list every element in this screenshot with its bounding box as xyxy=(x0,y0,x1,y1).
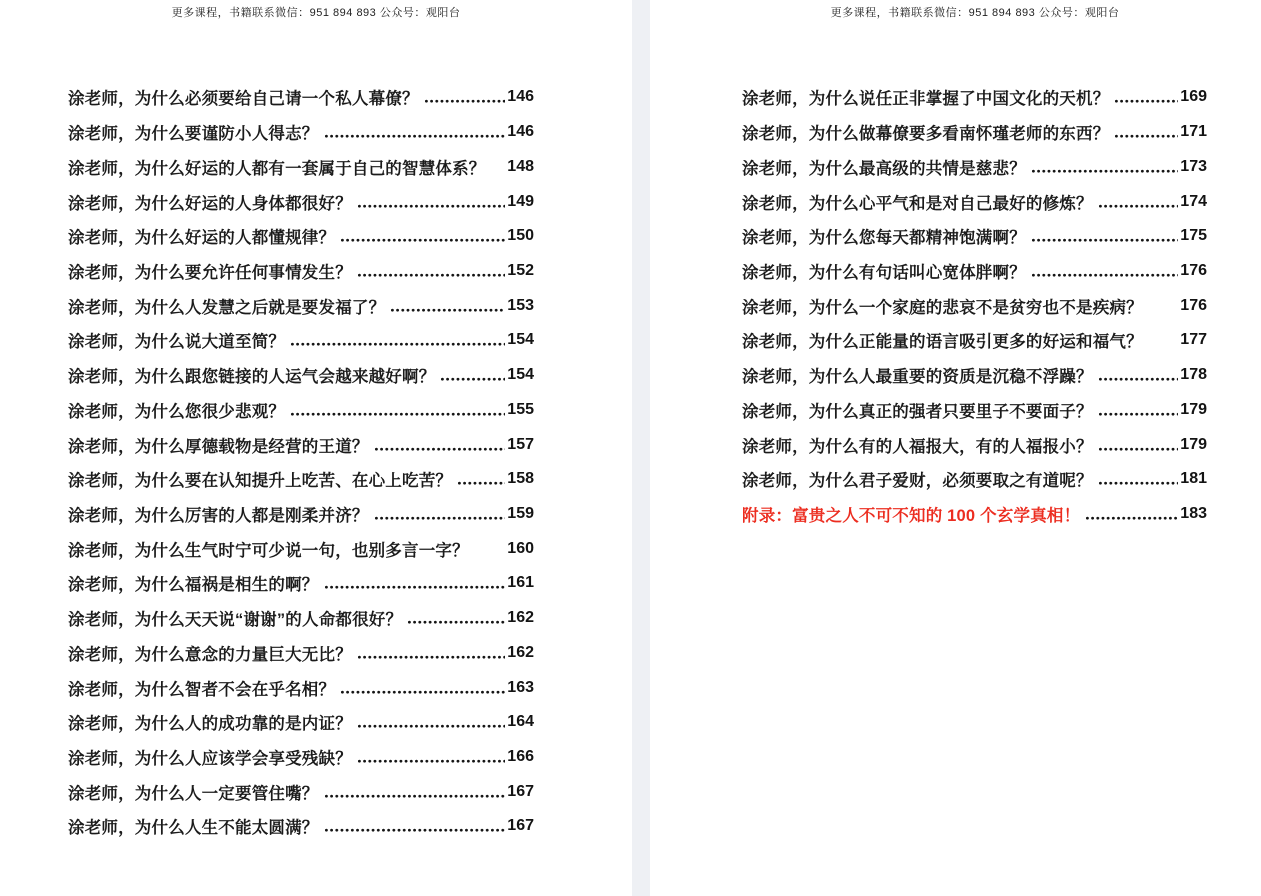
toc-entry-page: 167 xyxy=(507,783,534,801)
toc-entry-title: 涂老师，为什么说任正非掌握了中国文化的天机？ xyxy=(742,85,1109,109)
toc-list-left: 涂老师，为什么必须要给自己请一个私人幕僚？ 146 涂老师，为什么要谨防小人得志… xyxy=(68,80,534,844)
dot-leader xyxy=(358,655,505,661)
dot-leader xyxy=(1086,516,1178,522)
dot-leader xyxy=(375,447,506,453)
page-header-right: 更多课程，书籍联系微信：951 894 893 公众号：观阳台 xyxy=(650,6,1261,21)
toc-entry[interactable]: 涂老师，为什么有句话叫心宽体胖啊？ 176 xyxy=(742,254,1207,289)
toc-entry[interactable]: 涂老师，为什么人最重要的资质是沉稳不浮躁？ 178 xyxy=(742,358,1207,393)
toc-entry[interactable]: 涂老师，为什么好运的人都懂规律？ 150 xyxy=(68,219,534,254)
toc-entry-page: 169 xyxy=(1180,88,1207,106)
page-right: 更多课程，书籍联系微信：951 894 893 公众号：观阳台 涂老师，为什么说… xyxy=(650,0,1261,896)
toc-entry-title: 涂老师，为什么人最重要的资质是沉稳不浮躁？ xyxy=(742,363,1093,387)
toc-entry-title: 涂老师，为什么人的成功靠的是内证？ xyxy=(68,710,352,734)
toc-entry[interactable]: 涂老师，为什么智者不会在乎名相？ 163 xyxy=(68,670,534,705)
toc-entry[interactable]: 涂老师，为什么做幕僚要多看南怀瑾老师的东西？ 171 xyxy=(742,115,1207,150)
toc-entry-page: 173 xyxy=(1180,158,1207,176)
dot-leader xyxy=(341,238,505,244)
toc-entry-page: 154 xyxy=(507,331,534,349)
toc-entry[interactable]: 涂老师，为什么好运的人身体都很好？ 149 xyxy=(68,184,534,219)
page-left: 更多课程，书籍联系微信：951 894 893 公众号：观阳台 涂老师，为什么必… xyxy=(0,0,632,896)
toc-entry-title: 涂老师，为什么要谨防小人得志？ xyxy=(68,120,319,144)
toc-entry-title: 涂老师，为什么要在认知提升上吃苦、在心上吃苦？ xyxy=(68,467,452,491)
dot-leader xyxy=(1149,342,1178,348)
toc-entry[interactable]: 涂老师，为什么要在认知提升上吃苦、在心上吃苦？ 158 xyxy=(68,462,534,497)
toc-entry-page: 162 xyxy=(507,609,534,627)
dot-leader xyxy=(441,377,505,383)
toc-entry-title: 涂老师，为什么好运的人都懂规律？ xyxy=(68,224,335,248)
page-header-left: 更多课程，书籍联系微信：951 894 893 公众号：观阳台 xyxy=(0,6,632,21)
toc-entry[interactable]: 涂老师，为什么人生不能太圆满？ 167 xyxy=(68,809,534,844)
toc-entry[interactable]: 涂老师，为什么人一定要管住嘴？ 167 xyxy=(68,774,534,809)
toc-entry-title: 涂老师，为什么要允许任何事情发生？ xyxy=(68,259,352,283)
page-gutter xyxy=(632,0,650,896)
dot-leader xyxy=(492,169,506,175)
toc-entry[interactable]: 涂老师，为什么好运的人都有一套属于自己的智慧体系？ 148 xyxy=(68,149,534,184)
toc-entry[interactable]: 涂老师，为什么您每天都精神饱满啊？ 175 xyxy=(742,219,1207,254)
toc-entry-page: 164 xyxy=(507,713,534,731)
toc-entry-page: 154 xyxy=(507,366,534,384)
toc-entry[interactable]: 涂老师，为什么天天说“谢谢”的人命都很好？ 162 xyxy=(68,601,534,636)
toc-entry-page: 183 xyxy=(1180,505,1207,523)
toc-entry-page: 181 xyxy=(1180,470,1207,488)
dot-leader xyxy=(325,134,506,140)
toc-entry[interactable]: 涂老师，为什么最高级的共情是慈悲？ 173 xyxy=(742,149,1207,184)
toc-entry-title: 涂老师，为什么厉害的人都是刚柔并济？ xyxy=(68,502,369,526)
dot-leader xyxy=(325,828,506,834)
toc-entry-title: 涂老师，为什么真正的强者只要里子不要面子？ xyxy=(742,398,1093,422)
toc-entry[interactable]: 涂老师，为什么正能量的语言吸引更多的好运和福气？ 177 xyxy=(742,323,1207,358)
dot-leader xyxy=(1099,447,1179,453)
toc-entry-title: 附录：富贵之人不可不知的 100 个玄学真相！ xyxy=(742,502,1080,526)
dot-leader xyxy=(1149,308,1178,314)
toc-entry[interactable]: 涂老师，为什么要谨防小人得志？ 146 xyxy=(68,115,534,150)
toc-entry-page: 148 xyxy=(507,158,534,176)
toc-entry[interactable]: 涂老师，为什么说大道至简？ 154 xyxy=(68,323,534,358)
toc-entry[interactable]: 涂老师，为什么生气时宁可少说一句，也别多言一字？ 160 xyxy=(68,531,534,566)
toc-entry[interactable]: 涂老师，为什么厉害的人都是刚柔并济？ 159 xyxy=(68,497,534,532)
toc-entry-title: 涂老师，为什么好运的人都有一套属于自己的智慧体系？ xyxy=(68,155,486,179)
toc-entry-title: 涂老师，为什么意念的力量巨大无比？ xyxy=(68,641,352,665)
toc-entry-page: 155 xyxy=(507,401,534,419)
toc-entry[interactable]: 涂老师，为什么跟您链接的人运气会越来越好啊？ 154 xyxy=(68,358,534,393)
dot-leader xyxy=(375,516,506,522)
dot-leader xyxy=(1115,99,1178,105)
toc-entry[interactable]: 涂老师，为什么真正的强者只要里子不要面子？ 179 xyxy=(742,392,1207,427)
toc-entry-page: 174 xyxy=(1180,193,1207,211)
toc-entry-page: 157 xyxy=(507,436,534,454)
toc-entry-page: 167 xyxy=(507,817,534,835)
dot-leader xyxy=(1099,204,1179,210)
dot-leader xyxy=(1099,481,1179,487)
toc-list-right: 涂老师，为什么说任正非掌握了中国文化的天机？ 169 涂老师，为什么做幕僚要多看… xyxy=(742,80,1207,531)
toc-entry[interactable]: 涂老师，为什么您很少悲观？ 155 xyxy=(68,392,534,427)
toc-entry-title: 涂老师，为什么必须要给自己请一个私人幕僚？ xyxy=(68,85,419,109)
toc-entry-title: 涂老师，为什么天天说“谢谢”的人命都很好？ xyxy=(68,606,402,630)
toc-entry-page: 150 xyxy=(507,227,534,245)
toc-entry[interactable]: 涂老师，为什么要允许任何事情发生？ 152 xyxy=(68,254,534,289)
dot-leader xyxy=(1115,134,1178,140)
toc-entry-title: 涂老师，为什么您每天都精神饱满啊？ xyxy=(742,224,1026,248)
toc-entry-page: 161 xyxy=(507,574,534,592)
dot-leader xyxy=(391,308,505,314)
toc-entry-page: 146 xyxy=(507,123,534,141)
toc-entry-page: 175 xyxy=(1180,227,1207,245)
toc-entry[interactable]: 涂老师，为什么厚德载物是经营的王道？ 157 xyxy=(68,427,534,462)
toc-entry-page: 179 xyxy=(1180,436,1207,454)
toc-entry-title: 涂老师，为什么人发慧之后就是要发福了？ xyxy=(68,294,385,318)
toc-entry-title: 涂老师，为什么厚德载物是经营的王道？ xyxy=(68,433,369,457)
toc-entry-page: 153 xyxy=(507,297,534,315)
dot-leader xyxy=(1099,377,1179,383)
toc-entry[interactable]: 涂老师，为什么一个家庭的悲哀不是贫穷也不是疾病？ 176 xyxy=(742,288,1207,323)
toc-entry-page: 160 xyxy=(507,540,534,558)
toc-entry-title: 涂老师，为什么做幕僚要多看南怀瑾老师的东西？ xyxy=(742,120,1109,144)
toc-entry-page: 178 xyxy=(1180,366,1207,384)
dot-leader xyxy=(358,204,505,210)
toc-entry-title: 涂老师，为什么生气时宁可少说一句，也别多言一字？ xyxy=(68,537,469,561)
toc-entry-title: 涂老师，为什么智者不会在乎名相？ xyxy=(68,676,335,700)
toc-entry-page: 159 xyxy=(507,505,534,523)
toc-entry-page: 152 xyxy=(507,262,534,280)
toc-entry-page: 149 xyxy=(507,193,534,211)
dot-leader xyxy=(1032,273,1178,279)
toc-entry-title: 涂老师，为什么一个家庭的悲哀不是贫穷也不是疾病？ xyxy=(742,294,1143,318)
toc-entry[interactable]: 涂老师，为什么意念的力量巨大无比？ 162 xyxy=(68,636,534,671)
dot-leader xyxy=(291,342,505,348)
toc-entry-title: 涂老师，为什么心平气和是对自己最好的修炼？ xyxy=(742,190,1093,214)
dot-leader xyxy=(1032,238,1178,244)
toc-entry[interactable]: 涂老师，为什么君子爱财，必须要取之有道呢？ 181 xyxy=(742,462,1207,497)
toc-entry-page: 171 xyxy=(1180,123,1207,141)
dot-leader xyxy=(358,273,505,279)
dot-leader xyxy=(341,690,505,696)
toc-entry-page: 146 xyxy=(507,88,534,106)
toc-entry-title: 涂老师，为什么最高级的共情是慈悲？ xyxy=(742,155,1026,179)
dot-leader xyxy=(325,585,506,591)
toc-entry-title: 涂老师，为什么君子爱财，必须要取之有道呢？ xyxy=(742,467,1093,491)
toc-entry-page: 163 xyxy=(507,679,534,697)
toc-entry[interactable]: 涂老师，为什么福祸是相生的啊？ 161 xyxy=(68,566,534,601)
toc-entry-title: 涂老师，为什么跟您链接的人运气会越来越好啊？ xyxy=(68,363,435,387)
dot-leader xyxy=(475,551,505,557)
dot-leader xyxy=(325,794,506,800)
toc-entry[interactable]: 涂老师，为什么人应该学会享受残缺？ 166 xyxy=(68,740,534,775)
toc-entry-title: 涂老师，为什么人一定要管住嘴？ xyxy=(68,780,319,804)
toc-entry[interactable]: 涂老师，为什么必须要给自己请一个私人幕僚？ 146 xyxy=(68,80,534,115)
toc-entry-title: 涂老师，为什么好运的人身体都很好？ xyxy=(68,190,352,214)
toc-entry-title: 涂老师，为什么有句话叫心宽体胖啊？ xyxy=(742,259,1026,283)
toc-entry[interactable]: 涂老师，为什么说任正非掌握了中国文化的天机？ 169 xyxy=(742,80,1207,115)
toc-entry-title: 涂老师，为什么正能量的语言吸引更多的好运和福气？ xyxy=(742,328,1143,352)
toc-entry-title: 涂老师，为什么您很少悲观？ xyxy=(68,398,285,422)
dot-leader xyxy=(458,481,505,487)
toc-entry-title: 涂老师，为什么人应该学会享受残缺？ xyxy=(68,745,352,769)
toc-entry-page: 176 xyxy=(1180,262,1207,280)
toc-entry-title: 涂老师，为什么有的人福报大，有的人福报小？ xyxy=(742,433,1093,457)
dot-leader xyxy=(1099,412,1179,418)
toc-entry-page: 162 xyxy=(507,644,534,662)
toc-entry-title: 涂老师，为什么福祸是相生的啊？ xyxy=(68,571,319,595)
dot-leader xyxy=(408,620,505,626)
toc-entry[interactable]: 涂老师，为什么有的人福报大，有的人福报小？ 179 xyxy=(742,427,1207,462)
toc-entry[interactable]: 涂老师，为什么人发慧之后就是要发福了？ 153 xyxy=(68,288,534,323)
toc-entry-page: 177 xyxy=(1180,331,1207,349)
toc-entry[interactable]: 涂老师，为什么心平气和是对自己最好的修炼？ 174 xyxy=(742,184,1207,219)
toc-entry[interactable]: 涂老师，为什么人的成功靠的是内证？ 164 xyxy=(68,705,534,740)
toc-entry-title: 涂老师，为什么人生不能太圆满？ xyxy=(68,814,319,838)
toc-entry-page: 179 xyxy=(1180,401,1207,419)
toc-entry-page: 176 xyxy=(1180,297,1207,315)
toc-entry[interactable]: 附录：富贵之人不可不知的 100 个玄学真相！ 183 xyxy=(742,497,1207,532)
dot-leader xyxy=(1032,169,1178,175)
toc-entry-page: 166 xyxy=(507,748,534,766)
dot-leader xyxy=(358,724,505,730)
toc-entry-title: 涂老师，为什么说大道至简？ xyxy=(68,328,285,352)
document-spread: 更多课程，书籍联系微信：951 894 893 公众号：观阳台 涂老师，为什么必… xyxy=(0,0,1261,896)
toc-entry-page: 158 xyxy=(507,470,534,488)
dot-leader xyxy=(425,99,506,105)
dot-leader xyxy=(291,412,505,418)
dot-leader xyxy=(358,759,505,765)
